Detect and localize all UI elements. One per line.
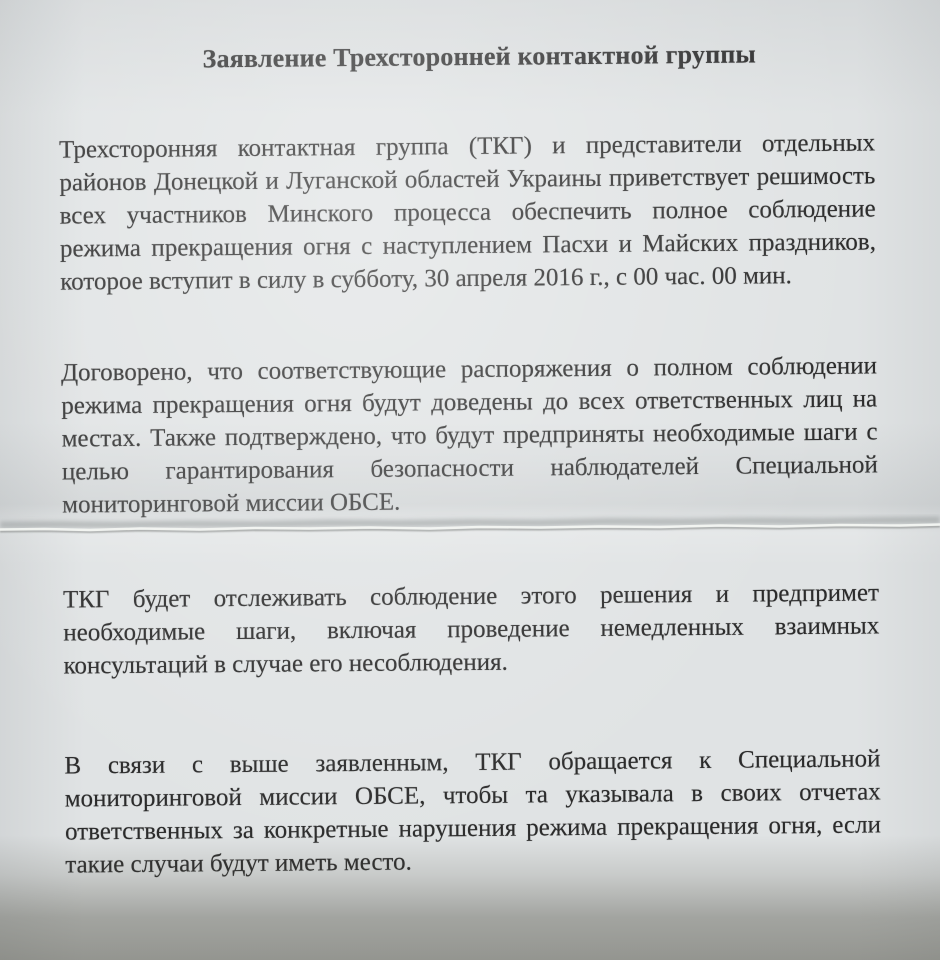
word: что [207,355,243,388]
word: соответствующие [257,353,446,388]
document-body: Трехсторонняяконтактнаягруппа(ТКГ)ипредс… [59,126,881,881]
word: безопасности [370,452,514,486]
word: огня, [768,809,822,842]
word: взаимных [774,609,879,643]
word: чтобы [443,779,508,813]
word: прекращения [151,231,293,265]
word: необходимые [653,416,795,450]
paragraph-4: Всвязисвышезаявленным,ТКГобращаетсякСпец… [64,742,881,881]
word: ТКГ [63,583,110,616]
word: всех [60,199,107,232]
word: с [866,415,877,448]
word: соблюдении [747,349,877,383]
word: Специальной [738,742,881,776]
word: и [552,129,566,162]
word: до [543,385,569,418]
word: отслеживать [214,581,347,615]
word: будут [362,386,421,420]
word: выше [230,748,289,782]
word: прекращения [152,388,294,422]
word: Пасхи [542,228,608,262]
word: ответственных [65,814,223,848]
word: с [192,748,203,781]
word: предпримет [752,576,879,610]
word: группа [376,130,449,164]
word: Трехсторонняя [59,132,218,166]
paragraph-2: Договорено,чтосоответствующиераспоряжени… [61,349,878,521]
word: предприняты [503,417,645,451]
text-line: которое вступит в силу в субботу, 30 апр… [60,258,876,298]
word: полное [652,194,728,228]
word: шаги [804,416,858,449]
word: Украины [507,162,602,196]
word: огня [303,230,351,263]
word: обеспечить [512,195,632,229]
paragraph-1: Трехсторонняяконтактнаягруппа(ТКГ)ипредс… [59,126,876,298]
word: процесса [394,196,491,230]
word: всех [578,385,625,418]
word: за [233,814,254,847]
word: ОБСЕ, [355,779,426,813]
word: участников [127,198,247,232]
word: включая [327,613,417,647]
word: областей [405,163,500,197]
word: районов [59,166,146,200]
document-text: Заявление Трехсторонней контактной групп… [0,0,940,960]
word: та [525,778,548,811]
word: Минского [267,197,373,231]
word: огня [304,387,352,420]
word: будут [435,419,494,453]
word: если [832,808,881,841]
word: соблюдение [748,192,876,226]
word: Майских [642,227,738,261]
word: приветствует [609,161,750,195]
word: заявленным, [315,746,448,780]
word: Луганской [286,164,398,198]
word: контактная [238,131,356,165]
document-title: Заявление Трехсторонней контактной групп… [84,36,874,77]
text-line: такие случаи будут иметь место. [65,841,881,881]
word: праздников, [748,225,876,259]
word: решения [600,578,692,612]
word: отчетах [799,775,881,809]
word: местах. [61,422,141,456]
word: режима [526,811,607,845]
word: мониторинговой [65,781,242,816]
scanned-document-photo: Заявление Трехсторонней контактной групп… [0,0,940,960]
word: будет [133,582,191,616]
word: своих [720,776,781,810]
word: решимость [757,159,876,193]
word: полном [653,351,733,385]
word: В [64,749,81,782]
word: проведение [447,612,570,646]
word: немедленных [600,611,744,645]
word: целью [62,455,129,489]
word: и [265,165,279,198]
word: этого [521,579,577,612]
word: подтверждено, [225,420,383,454]
word: Также [150,421,216,455]
word: конкретные [264,813,389,847]
word: о [626,352,639,385]
word: обращается [548,744,672,778]
word: в [691,777,703,810]
word: необходимые [63,615,205,649]
word: ответственных [635,383,793,417]
word: (ТКГ) [469,129,532,163]
word: что [391,419,427,452]
word: связи [108,749,166,782]
word: к [699,744,711,777]
word: лиц [803,383,843,416]
word: Договорено, [61,355,193,389]
text-line: мониторинговой миссии ОБСЕ. [62,481,878,521]
word: шаги, [236,615,297,649]
word: распоряжения [461,352,612,386]
word: соблюдение [370,580,498,614]
paragraph-3: ТКГбудетотслеживатьсоблюдениеэтогорешени… [63,576,880,682]
word: доведены [431,385,533,419]
word: на [853,382,878,415]
word: Специальной [735,448,878,482]
word: отдельных [762,126,875,160]
word: нарушения [398,812,516,846]
word: миссии [259,780,337,814]
word: Донецкой [154,165,258,199]
text-line: консультаций в случае его несоблюдения. [63,642,879,682]
word: наблюдателей [550,450,699,484]
word: ТКГ [475,746,522,779]
word: режима [61,389,142,423]
word: с [361,230,372,263]
word: прекращения [617,809,759,843]
word: представители [586,128,742,162]
word: и [618,228,632,261]
word: и [716,578,730,611]
word: указывала [565,777,674,811]
word: режима [60,232,141,266]
word: наступлением [383,228,533,262]
word: гарантирования [165,453,334,487]
